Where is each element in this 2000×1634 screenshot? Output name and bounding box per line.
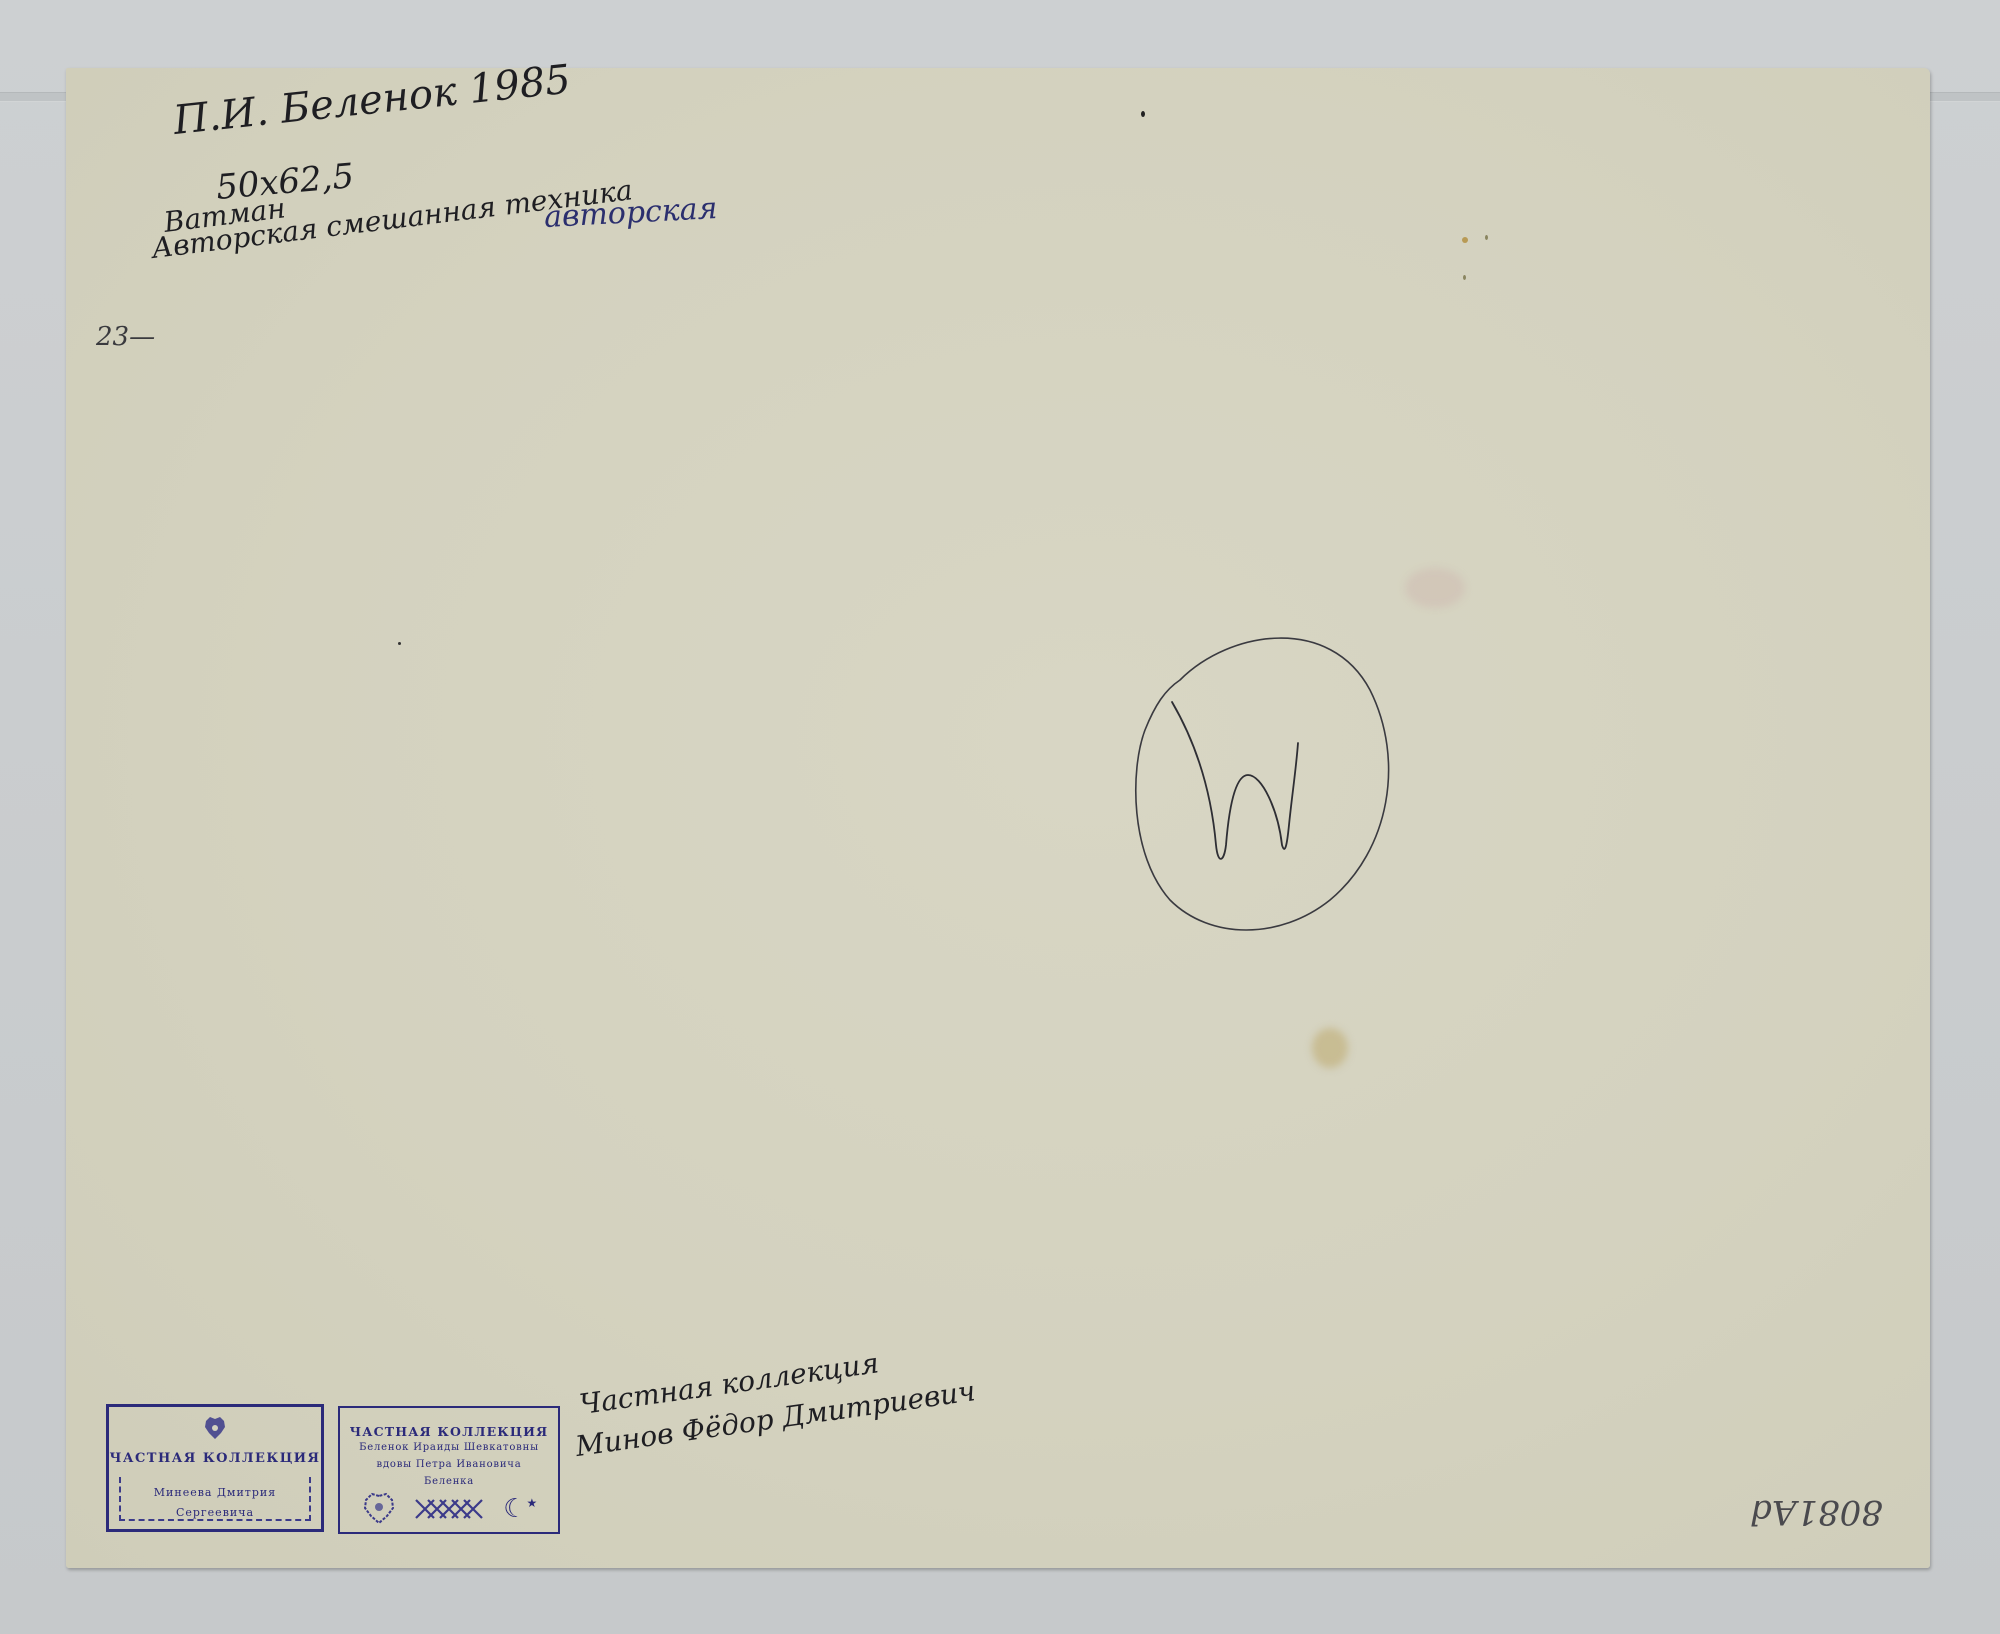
foxing-speck: [1463, 275, 1466, 280]
lattice-icon: [414, 1496, 486, 1522]
foxing-stain: [1312, 1028, 1348, 1068]
paper-sheet: [66, 68, 1930, 1568]
collection-stamp-mineev: ЧАСТНАЯ КОЛЛЕКЦИЯ Минеева Дмитрия Сергее…: [106, 1404, 324, 1532]
inventory-number: 8081Ad: [1750, 1492, 1883, 1532]
stamp-title: ЧАСТНАЯ КОЛЛЕКЦИЯ: [109, 1451, 321, 1466]
collection-stamp-belenok: ЧАСТНАЯ КОЛЛЕКЦИЯ Беленок Ираиды Шевкато…: [338, 1406, 560, 1534]
circled-w-mark: [1120, 610, 1400, 950]
foxing-speck: [1462, 237, 1468, 243]
stamp-owner-line: Беленок Ираиды Шевкатовны: [340, 1439, 558, 1456]
ink-speck: [1141, 111, 1145, 117]
stamp-title: ЧАСТНАЯ КОЛЛЕКЦИЯ: [340, 1424, 558, 1439]
stamp-owner-line: вдовы Петра Ивановича: [340, 1456, 558, 1473]
crescent-star-icon: ☾★: [503, 1496, 537, 1522]
ink-speck: [398, 642, 401, 645]
foxing-speck: [1485, 235, 1488, 240]
stamp-owner-line: Сергеевича: [121, 1503, 309, 1523]
stamp-owner-line: Беленка: [340, 1473, 558, 1490]
stamp-owner-line: Минеева Дмитрия: [121, 1483, 309, 1503]
double-headed-eagle-icon: [201, 1415, 229, 1443]
number-note: 23—: [96, 322, 155, 352]
stamp-inner-frame: Минеева Дмитрия Сергеевича: [119, 1477, 311, 1521]
faint-stain: [1405, 568, 1465, 608]
double-headed-eagle-icon: [361, 1492, 397, 1526]
stamp-symbols: ☾★: [340, 1492, 558, 1526]
